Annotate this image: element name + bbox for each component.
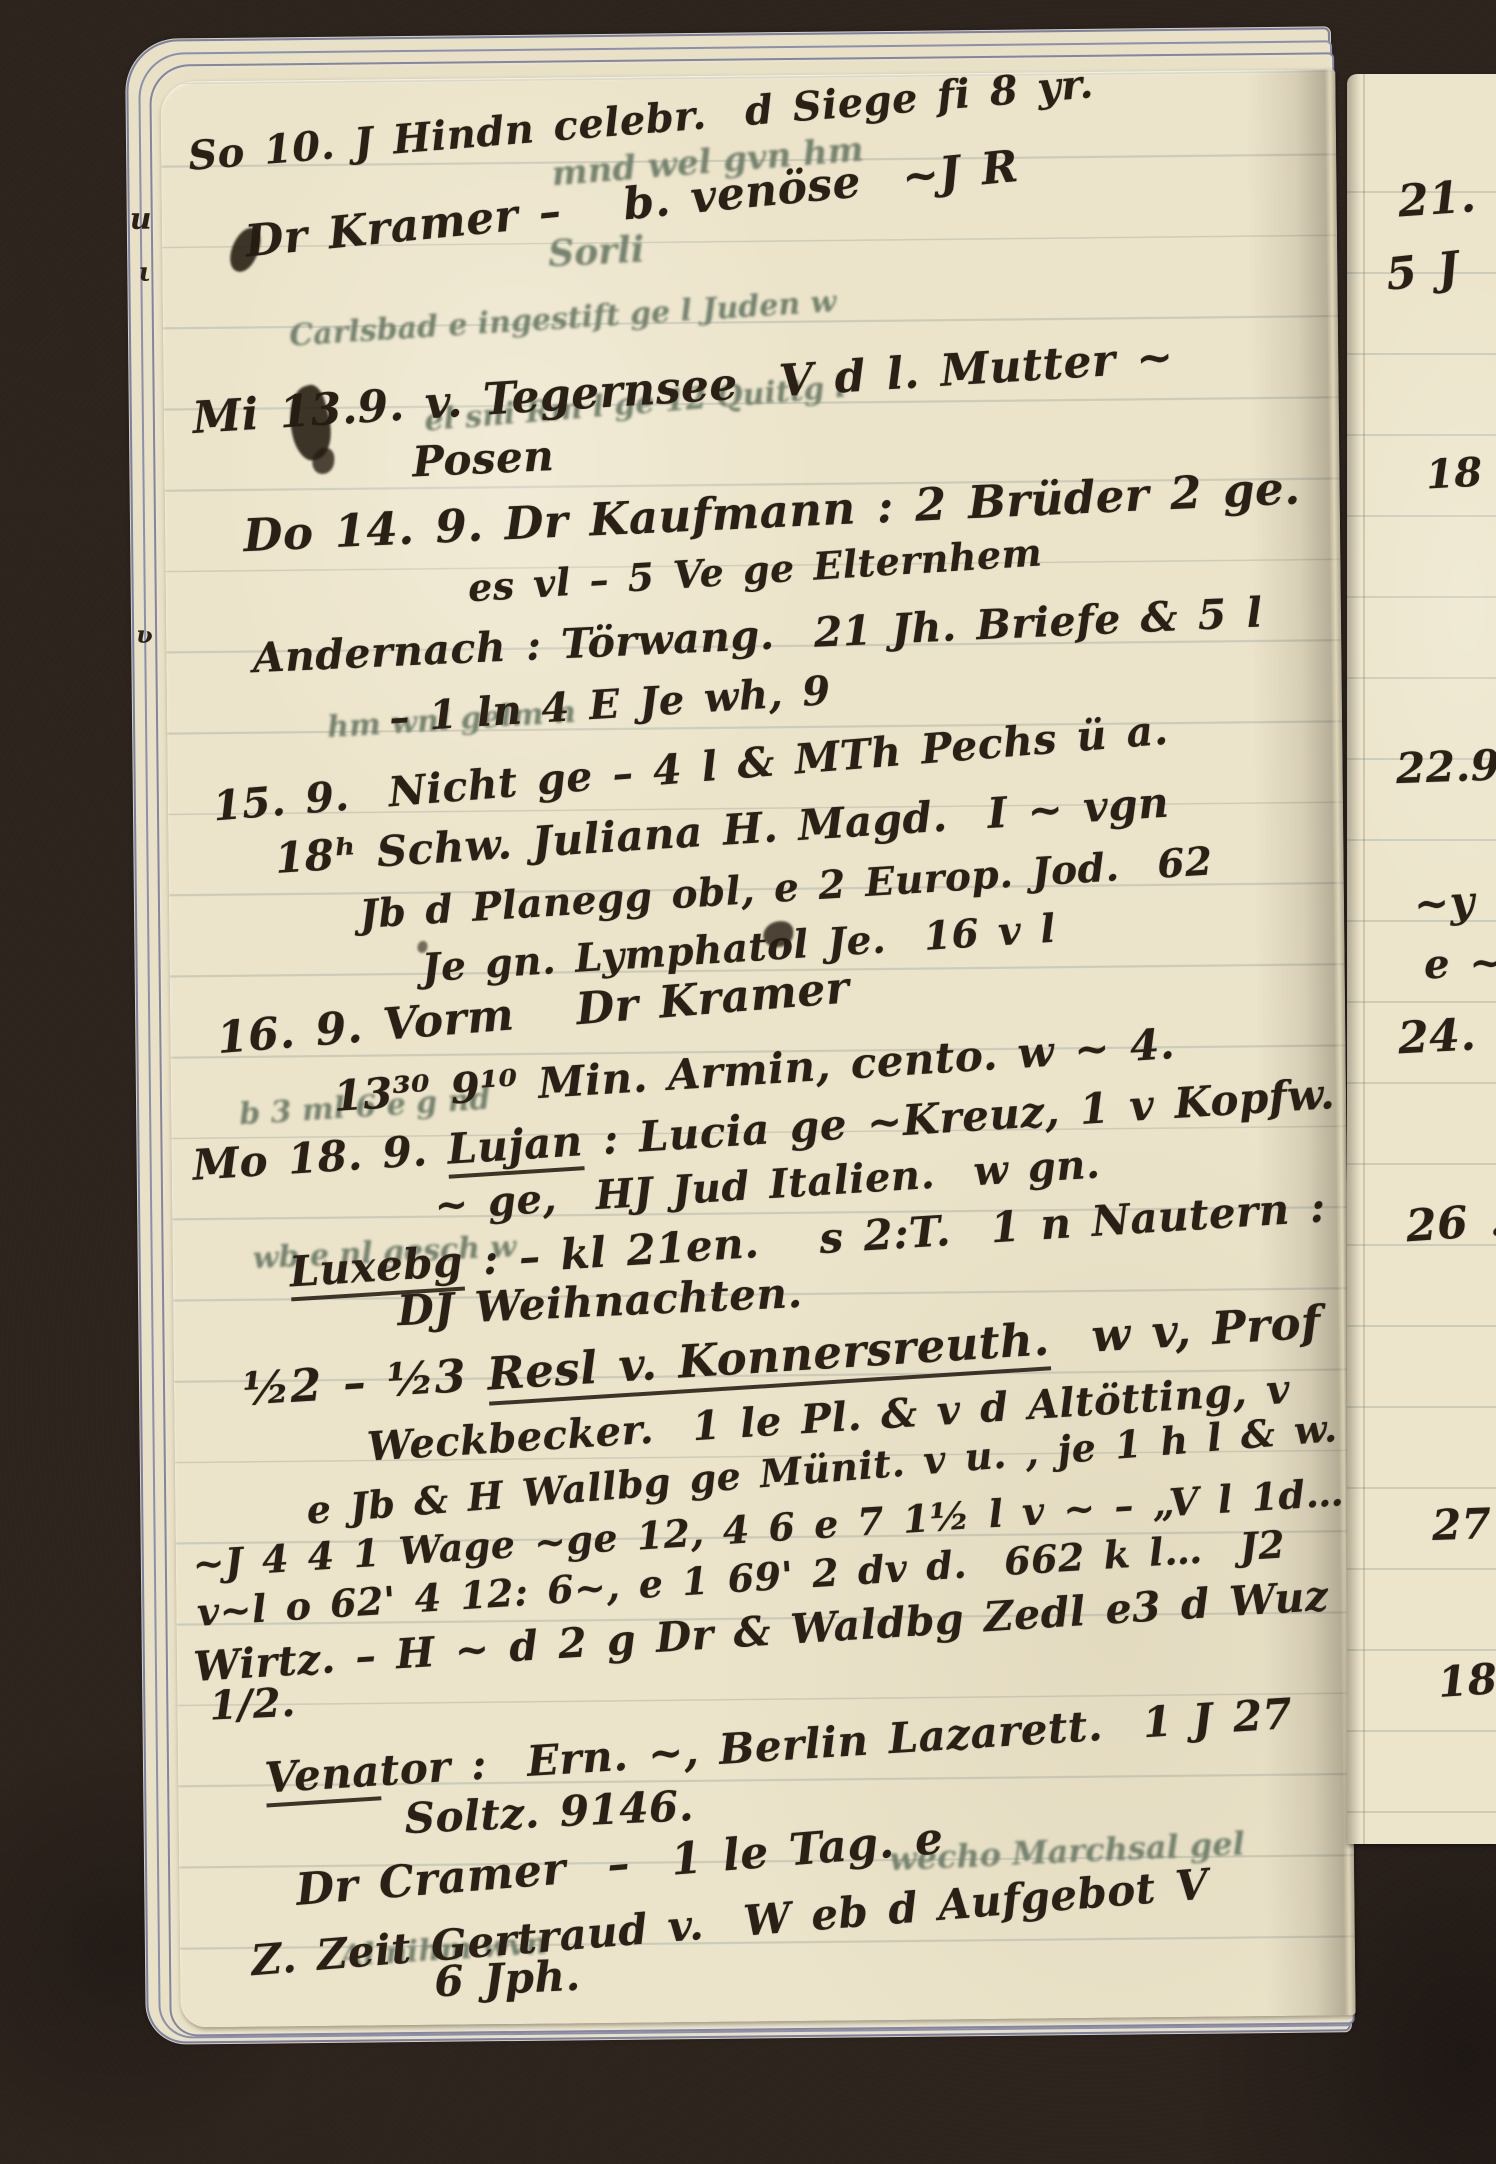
handwriting-line: e ~: [1423, 939, 1496, 989]
handwriting-line: 18: [1425, 449, 1484, 499]
underlined-handwriting: Vena: [263, 1746, 381, 1807]
handwriting-line: Posen: [411, 431, 555, 486]
margin-mark: ʋ: [136, 620, 153, 649]
handwriting-line: 1/2.: [208, 1679, 296, 1730]
handwriting-line: 6 Jph.: [433, 1951, 581, 2007]
bleed-through-layer: mnd wel gvn hmSorliCarlsbad e ingestift …: [0, 0, 1485, 7]
underlined-handwriting: Lujan: [446, 1116, 585, 1178]
handwriting-line: 24. 9: [1397, 1007, 1496, 1065]
margin-marks-layer: uιʋ: [0, 0, 1485, 7]
handwriting-line: 5 J: [1384, 242, 1462, 300]
handwriting-line: ~y: [1413, 876, 1476, 928]
handwriting-line: 26 .: [1404, 1195, 1496, 1253]
margin-mark: u: [130, 202, 152, 237]
handwriting-line: 21. 9: [1396, 168, 1496, 228]
handwriting-line: 18: [1436, 1654, 1496, 1707]
margin-mark: ι: [138, 258, 151, 288]
left-page-block: mnd wel gvn hmSorliCarlsbad e ingestift …: [0, 0, 1496, 2164]
handwriting-line: 27: [1431, 1499, 1492, 1550]
handwriting-line: 22.9.: [1395, 740, 1496, 793]
notebook-scan: { "document": { "type": "handwritten-dia…: [0, 0, 1496, 2164]
handwriting-layer: So 10. J Hindn celebr. d Siege fi 8 yr.D…: [0, 0, 1485, 7]
page-crease: [1363, 74, 1365, 1844]
